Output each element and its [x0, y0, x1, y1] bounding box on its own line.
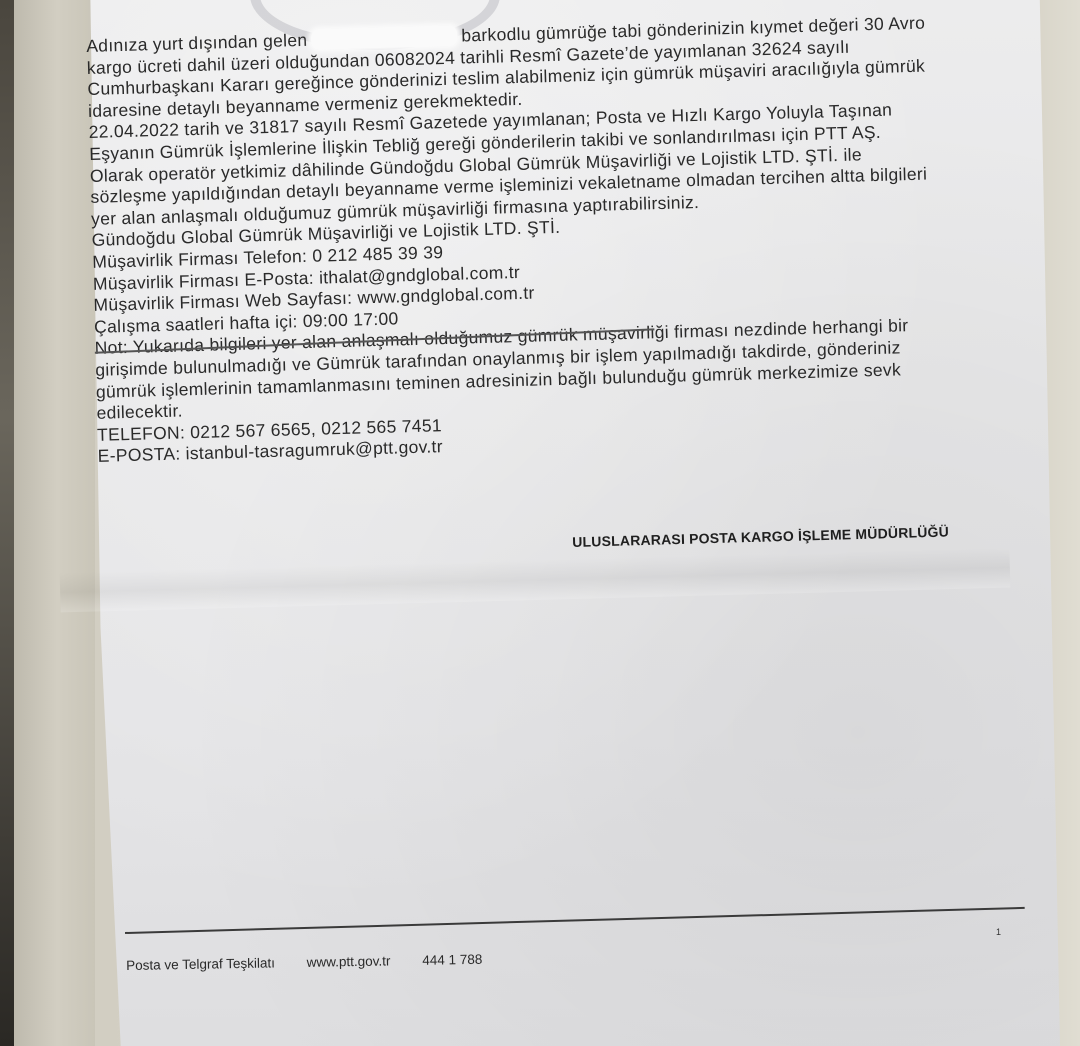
footer-org: Posta ve Telgraf Teşkilatı	[126, 955, 275, 973]
letter-body: Adınıza yurt dışından gelenbarkodlu gümr…	[86, 9, 1058, 468]
redacted-barcode	[311, 26, 458, 50]
footer-website: www.ptt.gov.tr	[307, 953, 391, 969]
footer-phone: 444 1 788	[422, 952, 482, 968]
background-shadow	[0, 0, 14, 1046]
background-wall-left	[0, 0, 95, 1046]
page-number: 1	[996, 927, 1001, 937]
